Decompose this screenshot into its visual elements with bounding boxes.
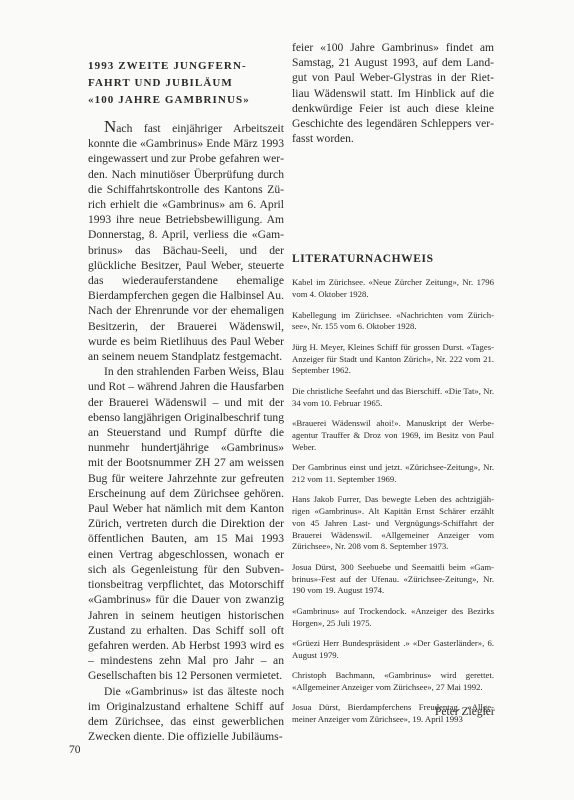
left-column: 1993 ZWEITE JUNGFERN- FAHRT UND JUBILÄUM… — [88, 58, 284, 744]
reference-item: Kabel im Zürichsee. «Neue Zürcher Zeitun… — [292, 277, 494, 301]
right-column: feier «100 Jahre Gambrinus» findet am Sa… — [292, 40, 494, 734]
page-number: 70 — [69, 744, 81, 756]
body-paragraph: Die «Gambrinus» ist das älteste noch im … — [88, 684, 284, 745]
reference-item: Kabellegung im Zürichsee. «Nachrichten v… — [292, 310, 494, 334]
reference-item: «Grüezi Herr Bundespräsident .» «Der Gas… — [292, 638, 494, 662]
reference-item: Christoph Bachmann, «Gambrinus» wird ger… — [292, 670, 494, 694]
author-signature: Peter Ziegler — [435, 706, 495, 718]
reference-item: Der Gambrinus einst und jetzt. «Zürichse… — [292, 462, 494, 486]
reference-item: Josua Dürst, 300 Seebuebe und Seemaitli … — [292, 562, 494, 597]
reference-item: Jürg H. Meyer, Kleines Schiff für grosse… — [292, 342, 494, 377]
heading-line: FAHRT UND JUBILÄUM — [88, 75, 284, 92]
body-paragraph-continuation: feier «100 Jahre Gambrinus» findet am Sa… — [292, 40, 494, 146]
body-paragraph: Nach fast einjähriger Arbeitszeit konnte… — [88, 119, 284, 364]
literature-heading: LITERATURNACHWEIS — [292, 253, 494, 265]
reference-list: Kabel im Zürichsee. «Neue Zürcher Zeitun… — [292, 277, 494, 725]
reference-item: Hans Jakob Furrer, Das bewegte Leben des… — [292, 494, 494, 553]
reference-item: «Brauerei Wädenswil ahoi!». Manuskript d… — [292, 418, 494, 453]
section-heading: 1993 ZWEITE JUNGFERN- FAHRT UND JUBILÄUM… — [88, 58, 284, 109]
heading-line: 1993 ZWEITE JUNGFERN- — [88, 58, 284, 75]
reference-item: Die christliche Seefahrt und das Biersch… — [292, 386, 494, 410]
body-paragraph: In den strahlenden Farben Weiss, Blau un… — [88, 364, 284, 683]
heading-line: «100 JAHRE GAMBRINUS» — [88, 92, 284, 109]
reference-item: «Gambrinus» auf Trockendock. «Anzeiger d… — [292, 606, 494, 630]
